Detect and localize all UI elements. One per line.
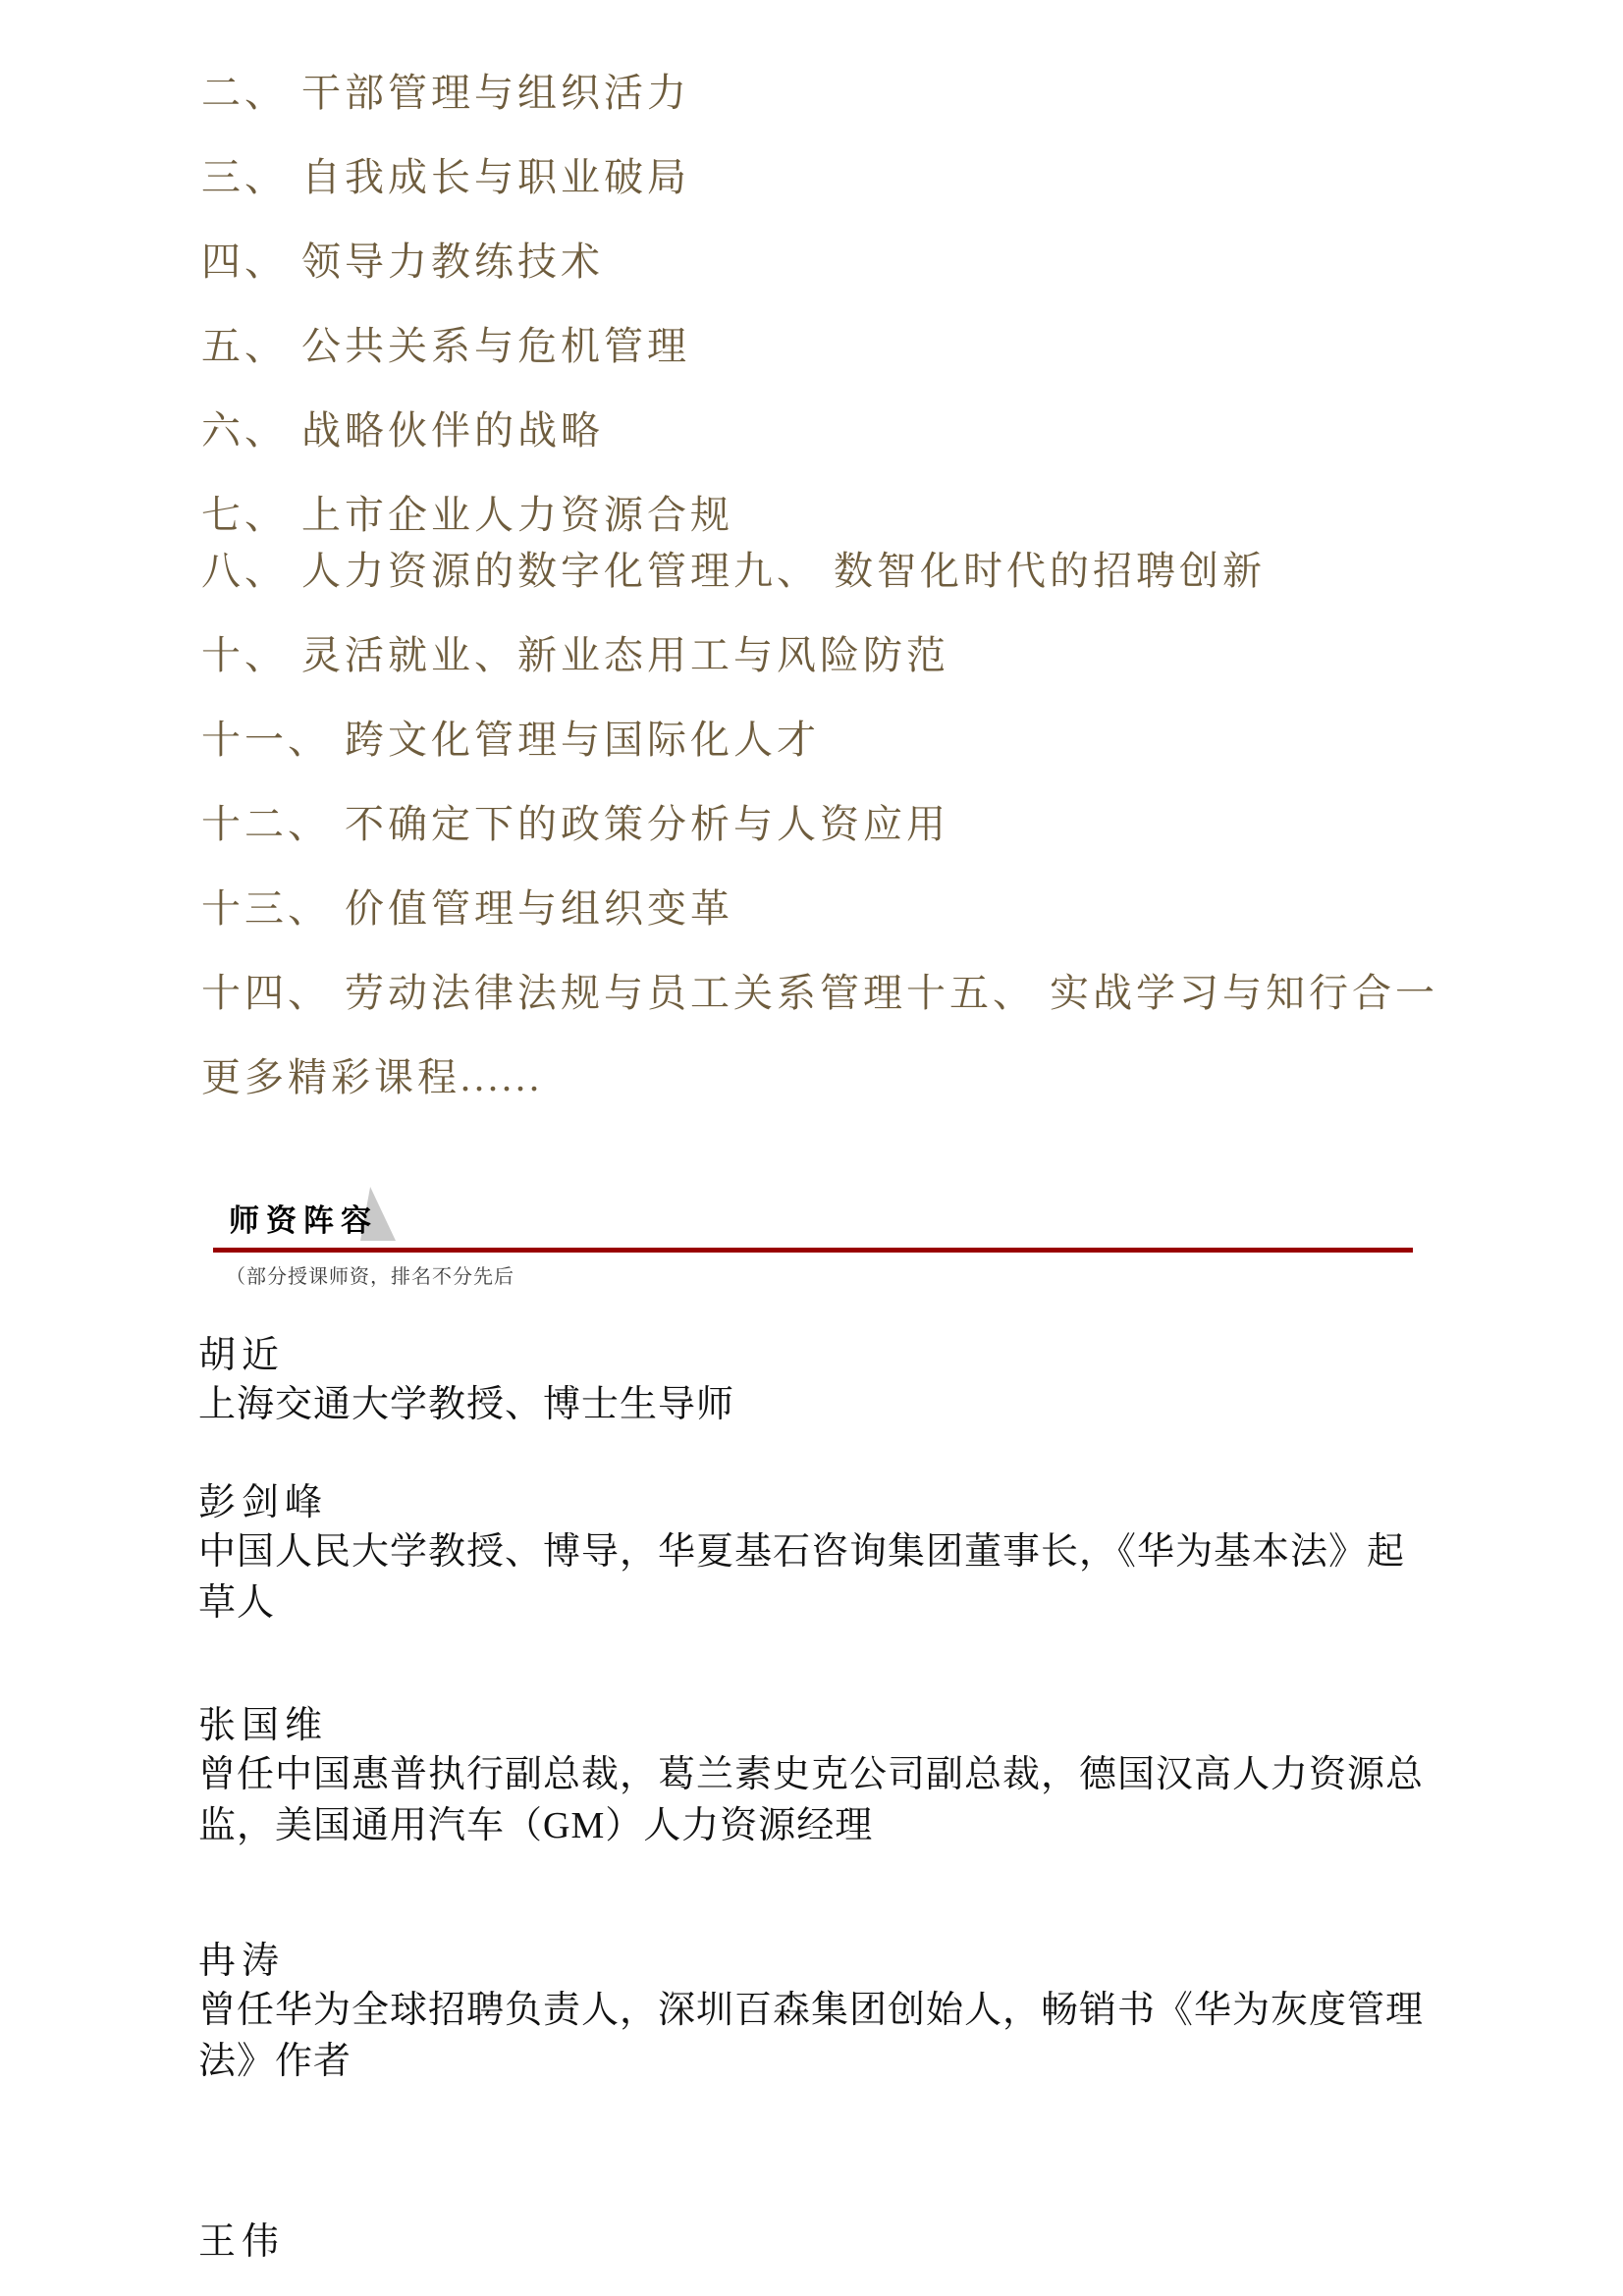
faculty-name: 彭剑峰 [198,1479,1564,1526]
course-item: 七、 上市企业人力资源合规 [201,496,1564,535]
faculty-bio-line: 曾任中国惠普执行副总裁，葛兰素史克公司副总裁，德国汉高人力资源总 [198,1749,1564,1800]
course-item: 四、 领导力教练技术 [201,242,1564,282]
faculty-entry: 王伟 [198,2218,1564,2266]
faculty-list: 胡近 上海交通大学教授、博士生导师 彭剑峰 中国人民大学教授、博导，华夏基石咨询… [198,1332,1564,2266]
faculty-note: （部分授课师资，排名不分先后 [226,1263,1413,1291]
course-item: 五、 公共关系与危机管理 [201,327,1564,366]
faculty-entry: 胡近 上海交通大学教授、博士生导师 [198,1332,1564,1430]
course-item: 三、 自我成长与职业破局 [201,158,1564,197]
faculty-bio-line: 监，美国通用汽车（GM）人力资源经理 [198,1800,1564,1851]
course-item: 更多精彩课程...... [201,1058,1564,1097]
course-list: 二、 干部管理与组织活力 三、 自我成长与职业破局 四、 领导力教练技术 五、 … [196,74,1564,1097]
course-item: 六、 战略伙伴的战略 [201,411,1564,451]
faculty-bio: 曾任中国惠普执行副总裁，葛兰素史克公司副总裁，德国汉高人力资源总 监，美国通用汽… [198,1749,1564,1851]
course-item: 十一、 跨文化管理与国际化人才 [201,721,1564,760]
red-underline [213,1248,1413,1253]
document-page: 二、 干部管理与组织活力 三、 自我成长与职业破局 四、 领导力教练技术 五、 … [0,0,1623,2296]
course-item: 十二、 不确定下的政策分析与人资应用 [201,805,1564,844]
faculty-entry: 张国维 曾任中国惠普执行副总裁，葛兰素史克公司副总裁，德国汉高人力资源总 监，美… [198,1702,1564,1851]
faculty-entry: 冉涛 曾任华为全球招聘负责人，深圳百森集团创始人，畅销书《华为灰度管理 法》作者 [198,1938,1564,2087]
faculty-bio-line: 法》作者 [198,2036,1564,2087]
faculty-bio-line: 曾任华为全球招聘负责人，深圳百森集团创始人，畅销书《华为灰度管理 [198,1985,1564,2036]
faculty-bio-line: 草人 [198,1577,1564,1629]
faculty-section-header: 师资阵容 （部分授课师资，排名不分先后 [213,1202,1413,1291]
faculty-name: 王伟 [198,2218,1564,2266]
faculty-bio: 曾任华为全球招聘负责人，深圳百森集团创始人，畅销书《华为灰度管理 法》作者 [198,1985,1564,2087]
faculty-entry: 彭剑峰 中国人民大学教授、博导，华夏基石咨询集团董事长，《华为基本法》起 草人 [198,1479,1564,1629]
course-item: 十、 灵活就业、新业态用工与风险防范 [201,636,1564,675]
faculty-bio: 上海交通大学教授、博士生导师 [198,1379,1564,1430]
course-item: 二、 干部管理与组织活力 [201,74,1564,113]
faculty-bio: 中国人民大学教授、博导，华夏基石咨询集团董事长，《华为基本法》起 草人 [198,1526,1564,1629]
course-item: 十三、 价值管理与组织变革 [201,889,1564,929]
faculty-bio-line: 中国人民大学教授、博导，华夏基石咨询集团董事长，《华为基本法》起 [198,1526,1564,1577]
faculty-name: 胡近 [198,1332,1564,1379]
faculty-name: 冉涛 [198,1938,1564,1985]
course-item: 八、 人力资源的数字化管理九、 数智化时代的招聘创新 [201,552,1564,591]
section-title: 师资阵容 [213,1202,1413,1240]
faculty-name: 张国维 [198,1702,1564,1749]
faculty-bio-line: 上海交通大学教授、博士生导师 [198,1379,1564,1430]
course-item: 十四、 劳动法律法规与员工关系管理十五、 实战学习与知行合一 [201,974,1564,1013]
